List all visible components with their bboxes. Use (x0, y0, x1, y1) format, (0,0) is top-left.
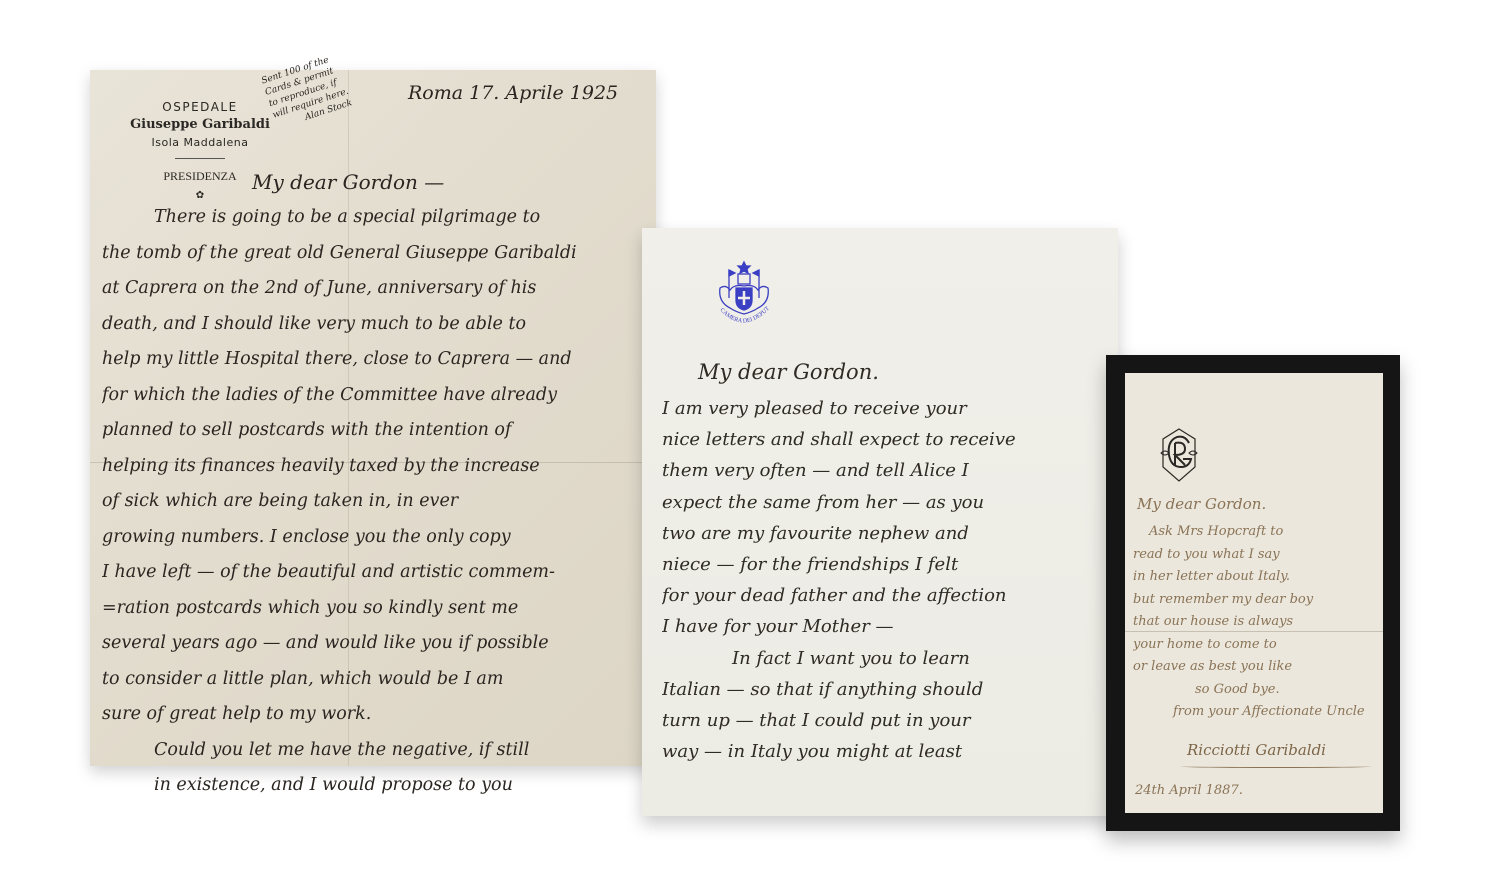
letterhead-divider (175, 158, 225, 159)
body-line: the tomb of the great old General Giusep… (102, 236, 647, 272)
body-line: read to you what I say (1133, 544, 1383, 567)
letter-ospedale-garibaldi-1925: OSPEDALE Giuseppe Garibaldi Isola Maddal… (90, 70, 656, 766)
body-line: nice letters and shall expect to receive (662, 424, 1118, 455)
body-line: to consider a little plan, which would b… (102, 662, 647, 698)
body-line: in her letter about Italy. (1133, 566, 1383, 589)
body-line: several years ago — and would like you i… (102, 626, 647, 662)
card-paper: My dear Gordon. Ask Mrs Hopcraft to read… (1125, 373, 1383, 813)
margin-annotation: Sent 100 of the Cards & permit to reprod… (260, 48, 364, 133)
body-line: for your dead father and the affection (662, 580, 1118, 611)
salutation: My dear Gordon — (252, 170, 444, 194)
body-line: In fact I want you to learn (662, 643, 1118, 674)
letter-camera-dei-deputati: CAMERA DEI DEPUTATI My dear Gordon. I am… (642, 228, 1118, 816)
signature-flourish (1181, 765, 1371, 768)
salutation: My dear Gordon. (698, 360, 879, 384)
body-line: sure of great help to my work. (102, 697, 647, 733)
coat-of-arms-crest-icon: CAMERA DEI DEPUTATI (714, 258, 774, 330)
body-line: helping its finances heavily taxed by th… (102, 449, 647, 485)
letterhead-line-1: OSPEDALE (110, 100, 290, 114)
letterhead-line-2: Giuseppe Garibaldi (110, 117, 290, 132)
body-line: There is going to be a special pilgrimag… (102, 200, 647, 236)
letter-date: Roma 17. Aprile 1925 (408, 82, 618, 104)
rg-monogram-icon (1157, 425, 1201, 485)
letter-body: There is going to be a special pilgrimag… (102, 200, 647, 804)
card-date: 24th April 1887. (1135, 783, 1243, 798)
body-line: at Caprera on the 2nd of June, anniversa… (102, 271, 647, 307)
body-line: I have for your Mother — (662, 611, 1118, 642)
body-line: in existence, and I would propose to you (102, 768, 647, 804)
body-line: death, and I should like very much to be… (102, 307, 647, 343)
body-line: so Good bye. (1133, 679, 1383, 702)
body-line: from your Affectionate Uncle (1133, 701, 1383, 724)
body-line: I am very pleased to receive your (662, 393, 1118, 424)
body-line: I have left — of the beautiful and artis… (102, 555, 647, 591)
body-line: for which the ladies of the Committee ha… (102, 378, 647, 414)
body-line: but remember my dear boy (1133, 589, 1383, 612)
body-line: or leave as best you like (1133, 656, 1383, 679)
letterhead-line-3: Isola Maddalena (110, 136, 290, 149)
body-line: growing numbers. I enclose you the only … (102, 520, 647, 556)
body-line: turn up — that I could put in your (662, 705, 1118, 736)
signature: Ricciotti Garibaldi (1187, 741, 1326, 759)
body-line: expect the same from her — as you (662, 487, 1118, 518)
body-line: planned to sell postcards with the inten… (102, 413, 647, 449)
body-line: Could you let me have the negative, if s… (102, 733, 647, 769)
salutation: My dear Gordon. (1137, 495, 1266, 513)
body-line: Italian — so that if anything should (662, 674, 1118, 705)
body-line: your home to come to (1133, 634, 1383, 657)
body-line: niece — for the friendships I felt (662, 549, 1118, 580)
body-line: help my little Hospital there, close to … (102, 342, 647, 378)
body-line: Ask Mrs Hopcraft to (1133, 521, 1383, 544)
letter-body: I am very pleased to receive your nice l… (662, 393, 1118, 767)
body-line: them very often — and tell Alice I (662, 455, 1118, 486)
mourning-card-ricciotti-garibaldi-1887: My dear Gordon. Ask Mrs Hopcraft to read… (1106, 355, 1400, 831)
body-line: way — in Italy you might at least (662, 736, 1118, 767)
card-body: Ask Mrs Hopcraft to read to you what I s… (1133, 521, 1383, 724)
body-line: two are my favourite nephew and (662, 518, 1118, 549)
body-line: that our house is always (1133, 611, 1383, 634)
body-line: =ration postcards which you so kindly se… (102, 591, 647, 627)
body-line: of sick which are being taken in, in eve… (102, 484, 647, 520)
